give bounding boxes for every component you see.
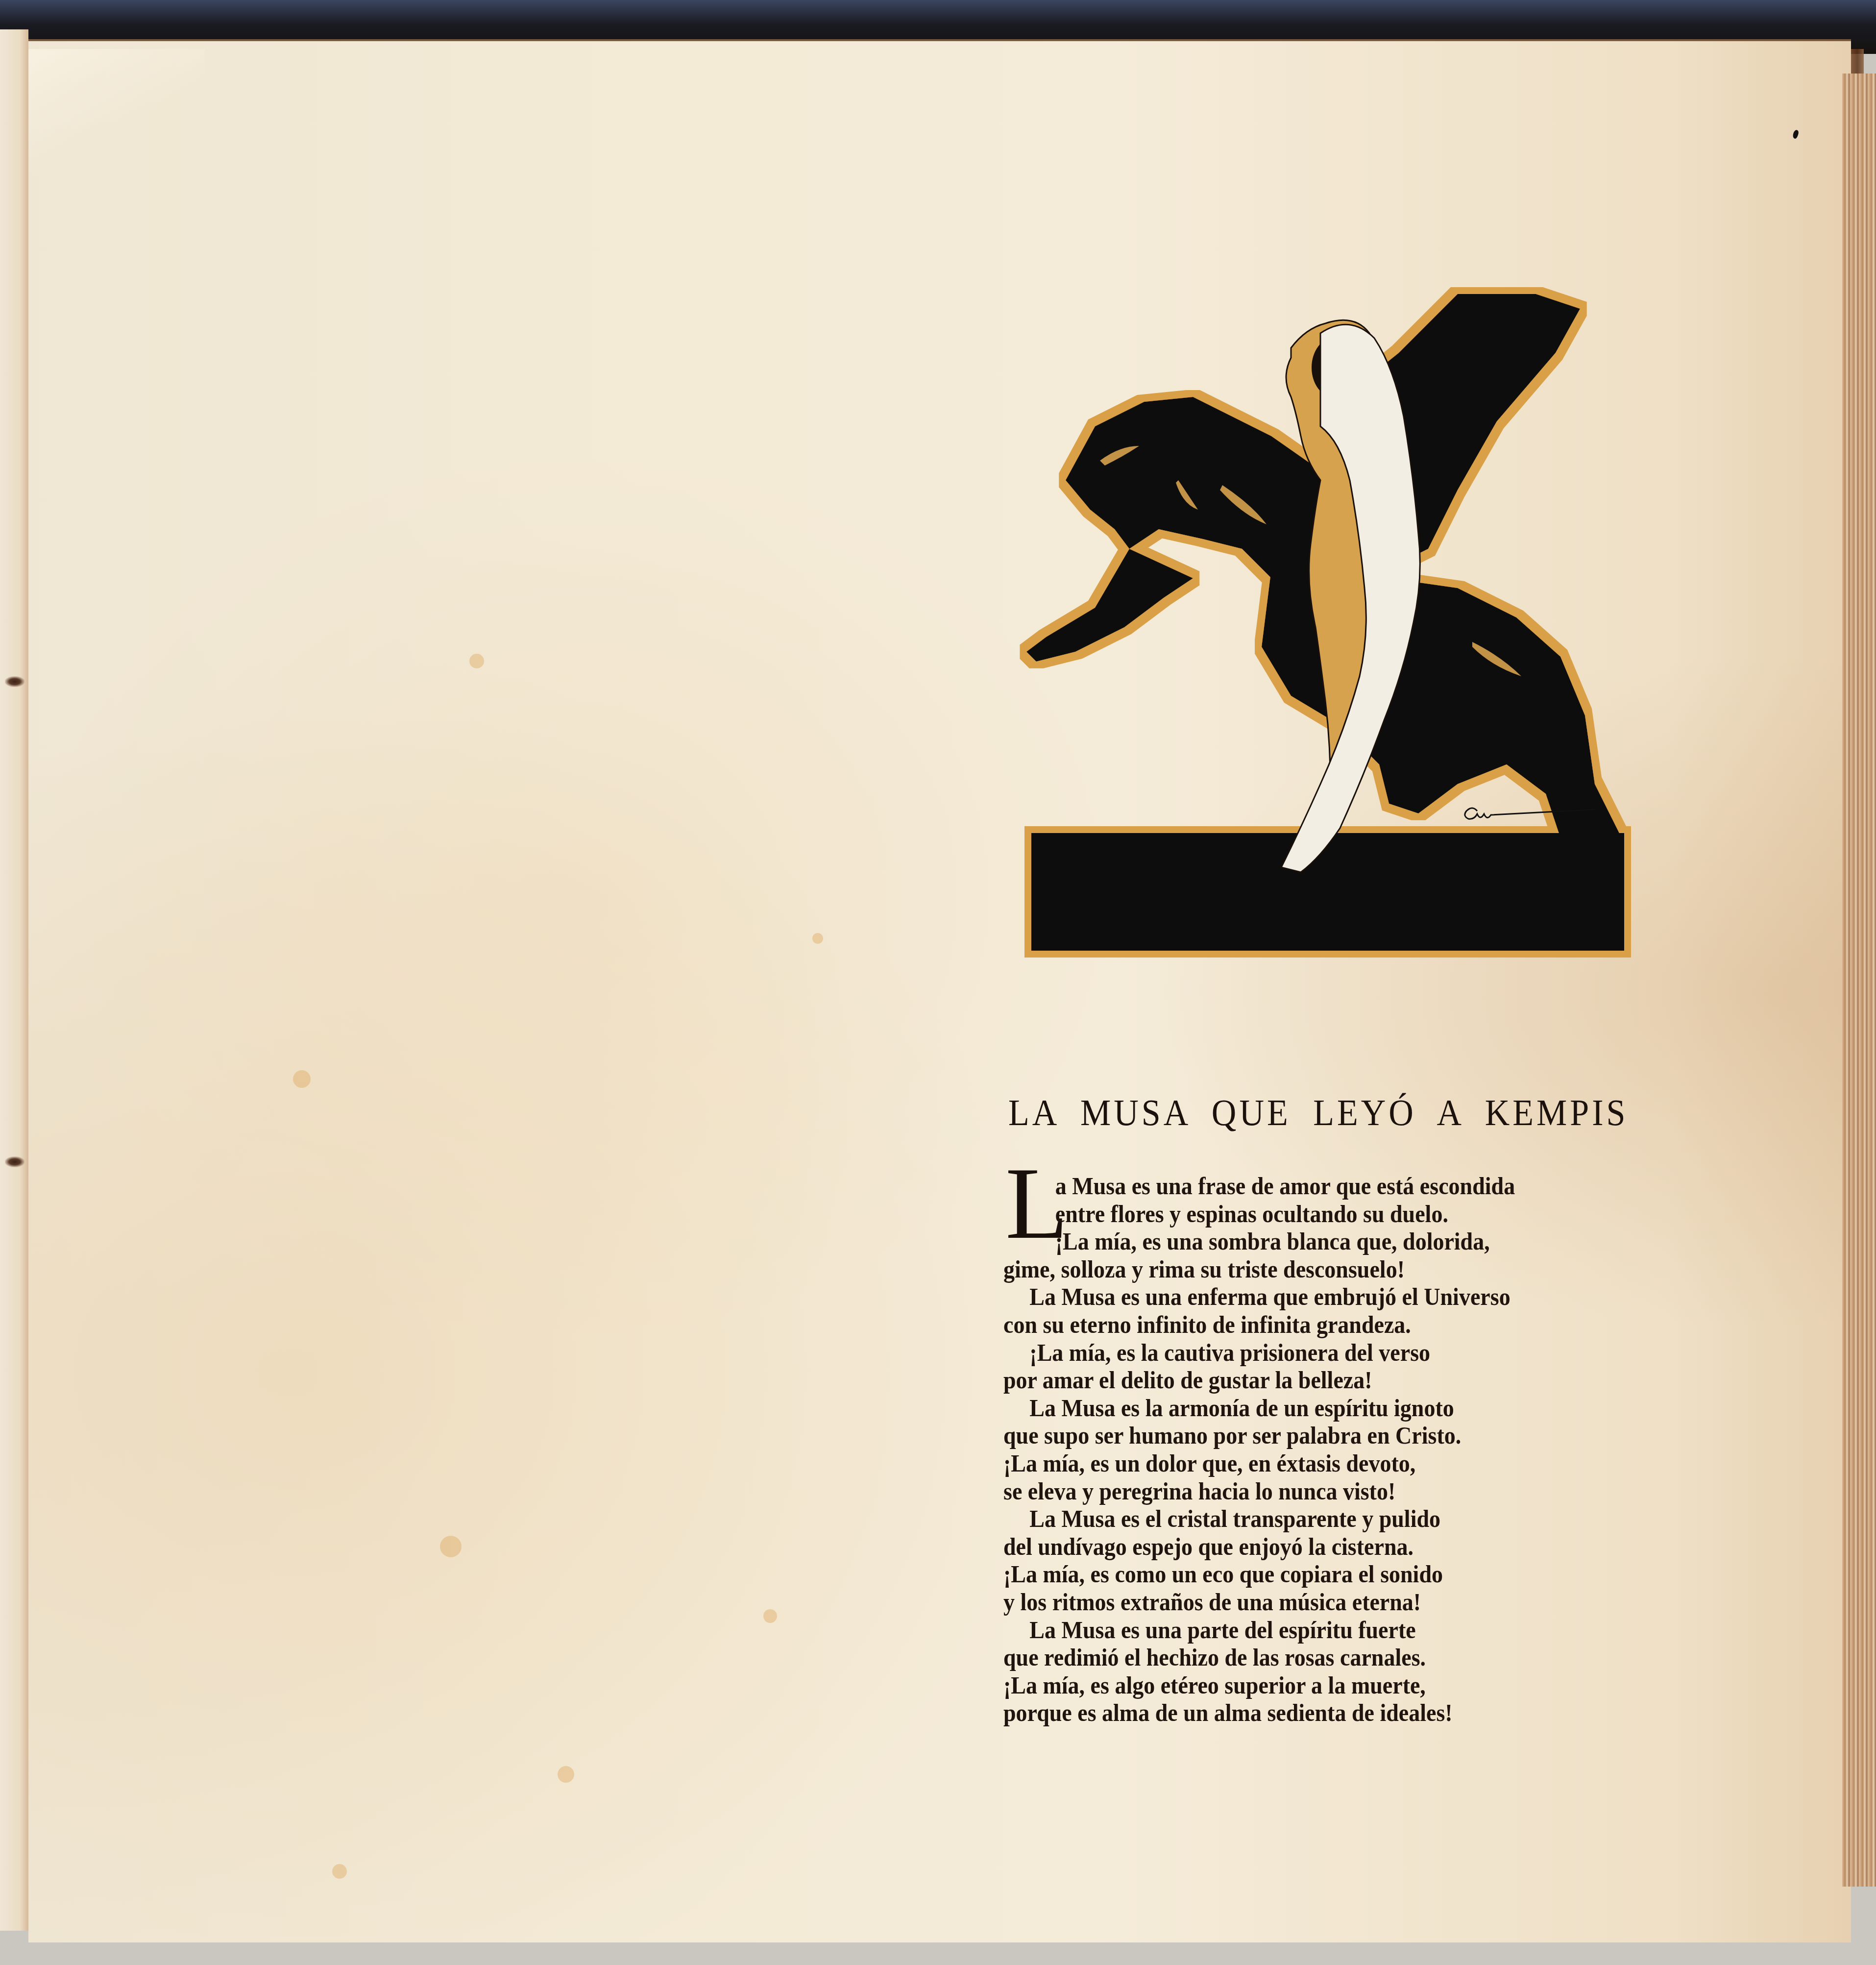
poem-line: La Musa es una enferma que embrujó el Un… [1003, 1283, 1589, 1311]
poem-line: ¡La mía, es la cautiva prisionera del ve… [1003, 1339, 1589, 1367]
poem-line: ¡La mía, es una sombra blanca que, dolor… [1003, 1228, 1589, 1255]
foxing-stain [332, 1864, 347, 1879]
poem-line: La Musa es la armonía de un espíritu ign… [1003, 1394, 1589, 1422]
page-fold-highlight [28, 49, 205, 176]
poem-line: ¡La mía, es un dolor que, en éxtasis dev… [1003, 1449, 1589, 1477]
poem-line: y los ritmos extraños de una música eter… [1003, 1588, 1589, 1616]
previous-page-edge [0, 29, 28, 1931]
poem-line: a Musa es una frase de amor que está esc… [1003, 1172, 1589, 1200]
poem-line: que supo ser humano por ser palabra en C… [1003, 1422, 1589, 1449]
foxing-stain [293, 1070, 311, 1088]
foxing-stain [812, 933, 823, 944]
poem-line: que redimió el hechizo de las rosas carn… [1003, 1644, 1589, 1671]
poem-line: La Musa es una parte del espíritu fuerte [1003, 1616, 1589, 1644]
poem-line: porque es alma de un alma sedienta de id… [1003, 1699, 1589, 1727]
poem-line: entre flores y espinas ocultando su duel… [1003, 1200, 1589, 1228]
foxing-stain [440, 1536, 462, 1557]
foxing-stain [469, 654, 484, 668]
foxing-stain [763, 1609, 777, 1623]
binding-notch [5, 676, 24, 687]
poem-line: se eleva y peregrina hacia lo nunca vist… [1003, 1477, 1589, 1505]
page-edge-stack [1842, 74, 1876, 1887]
poem-body: a Musa es una frase de amor que está esc… [1003, 1172, 1589, 1727]
poem-title: LA MUSA QUE LEYÓ A KEMPIS [1008, 1092, 1626, 1134]
poem-line: ¡La mía, es algo etéreo superior a la mu… [1003, 1671, 1589, 1699]
poem-line: con su eterno infinito de infinita grand… [1003, 1311, 1589, 1339]
poem-line: gime, solloza y rima su triste desconsue… [1003, 1255, 1589, 1283]
binding-notch [5, 1156, 24, 1167]
poem-line: La Musa es el cristal transparente y pul… [1003, 1505, 1589, 1533]
poem-line: ¡La mía, es como un eco que copiara el s… [1003, 1560, 1589, 1588]
foxing-stain [558, 1766, 574, 1783]
muse-pegasus-illustration: Ghea [1017, 274, 1649, 990]
poem-line: por amar el delito de gustar la belleza! [1003, 1366, 1589, 1394]
poem-line: del undívago espejo que enjoyó la cister… [1003, 1533, 1589, 1561]
